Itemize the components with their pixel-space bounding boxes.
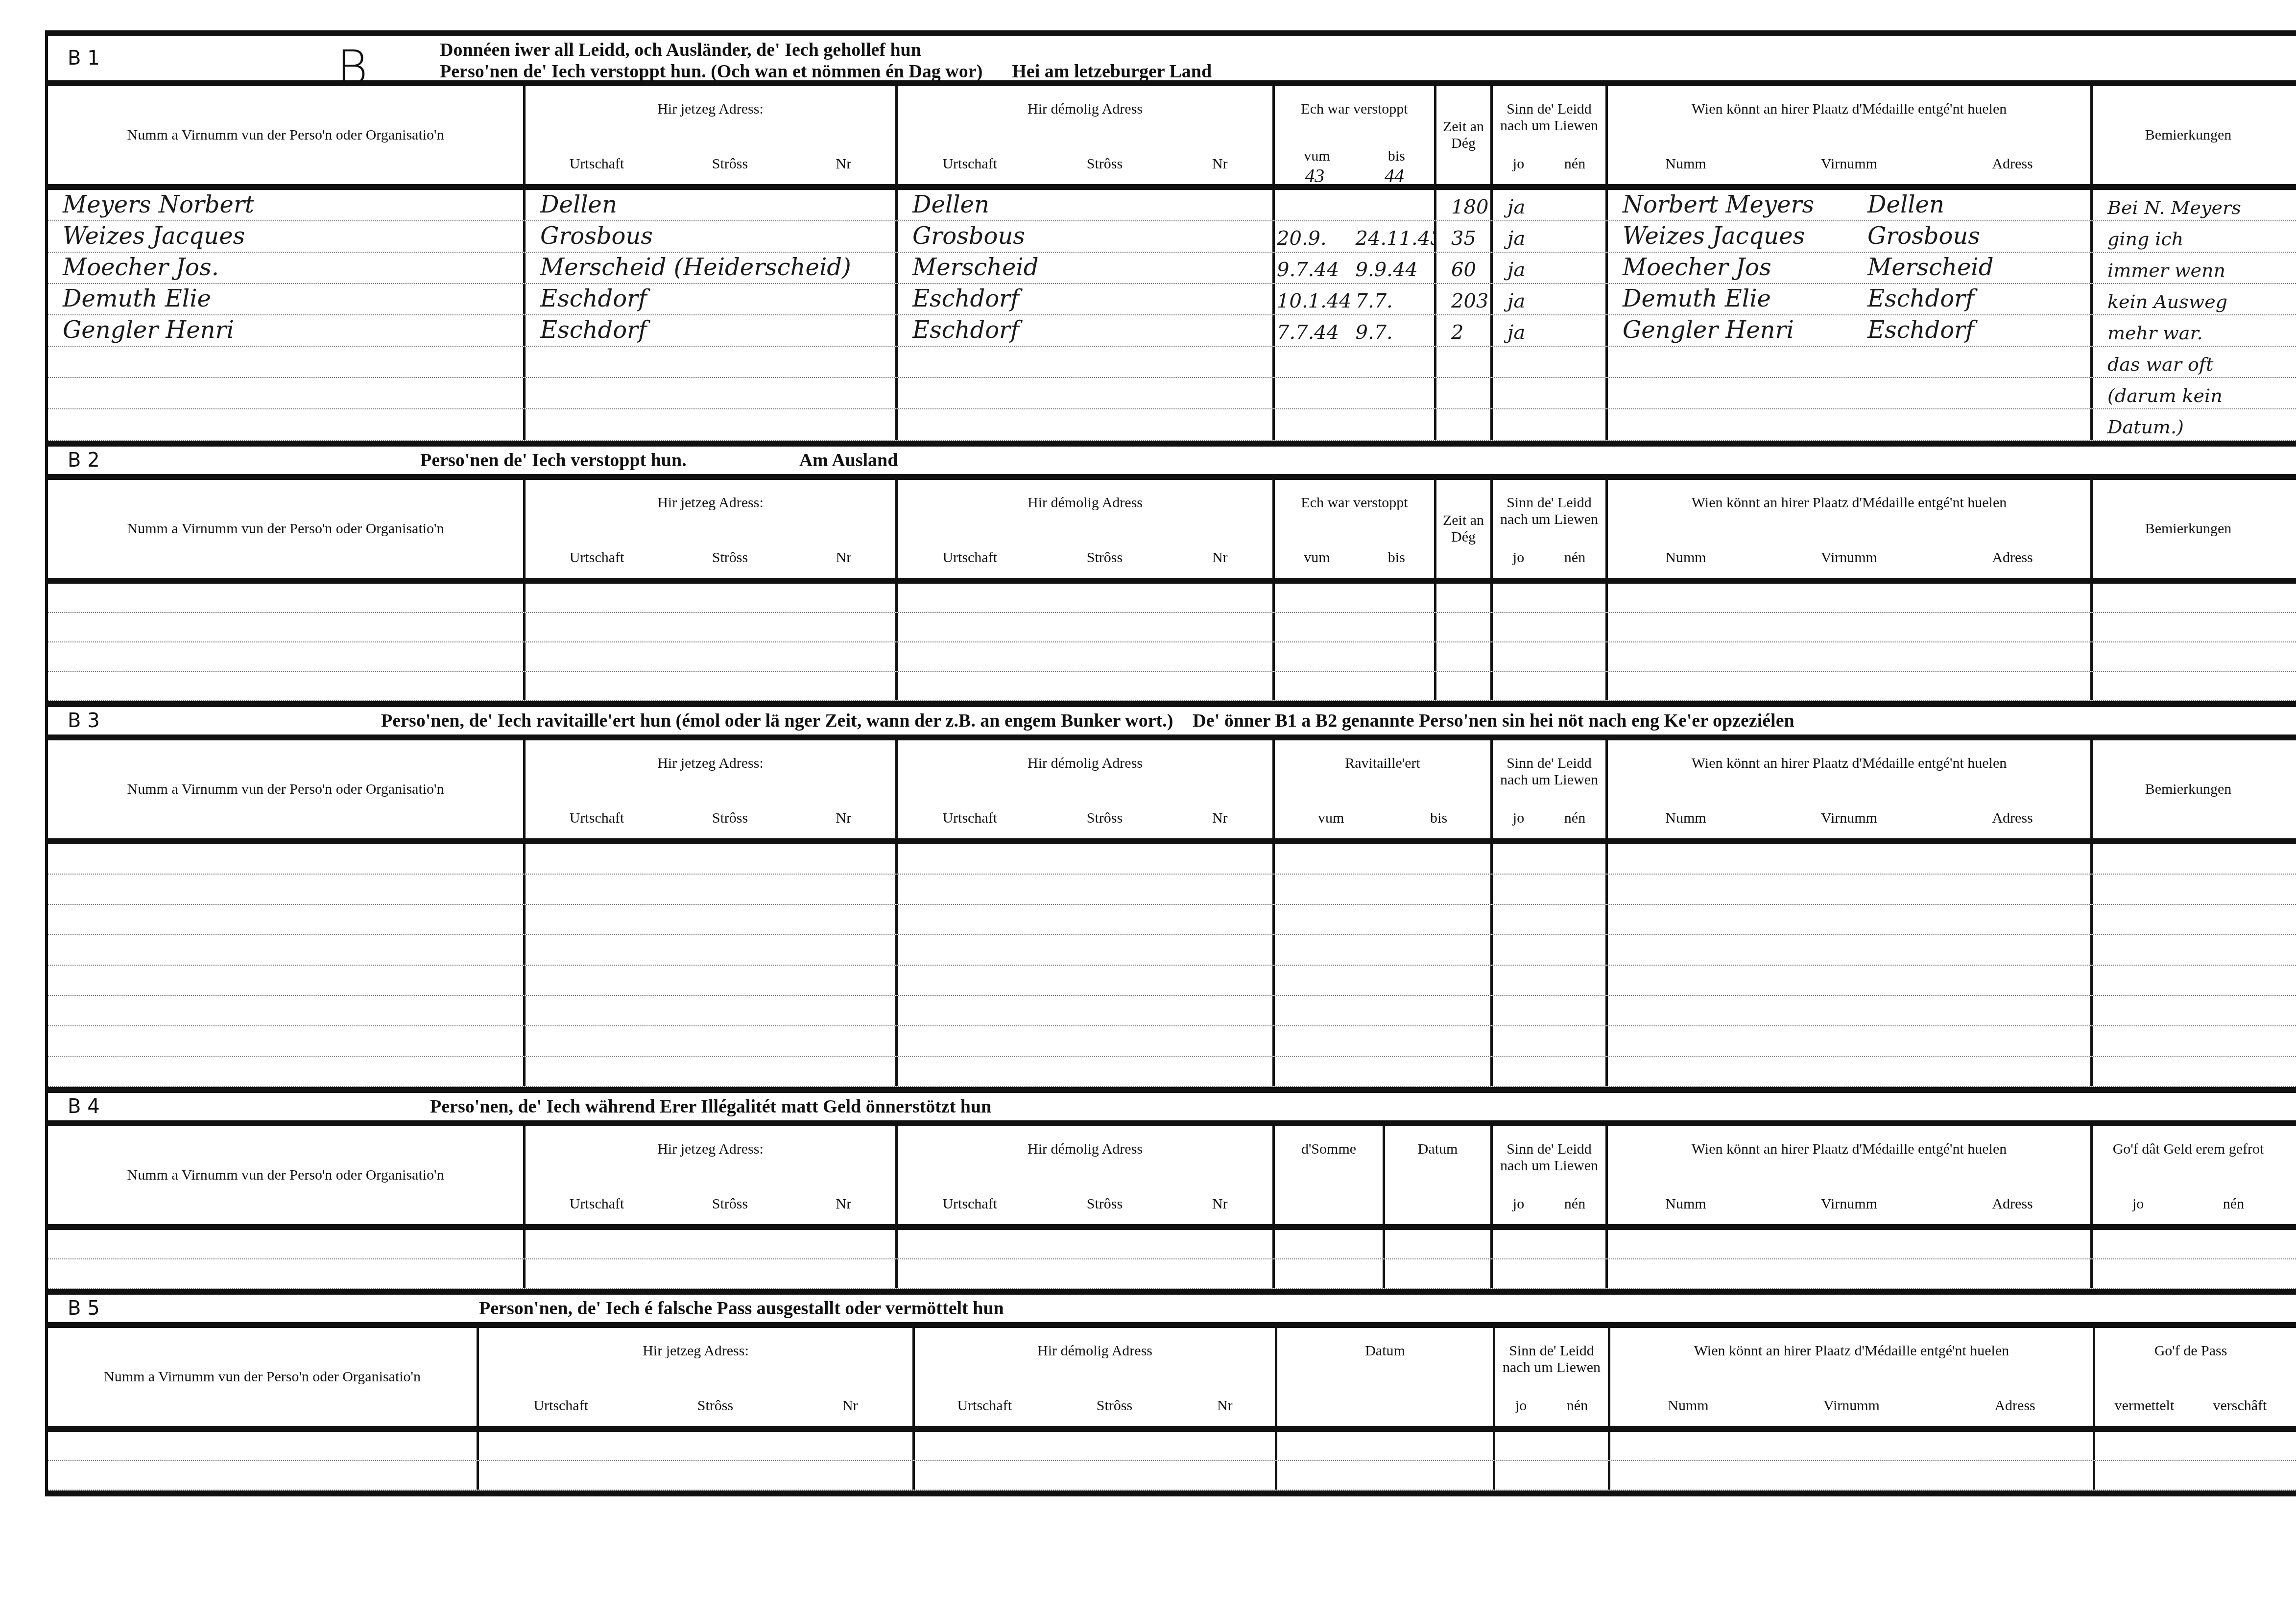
header-saved: Sinn de' Leidd nach um Liewenjonén xyxy=(1493,1126,1608,1224)
header-saved-subheaders: jonén xyxy=(1493,549,1605,566)
row-cell[interactable] xyxy=(1608,642,2093,671)
row-cell[interactable] xyxy=(1608,1259,2093,1288)
row-cell[interactable] xyxy=(1493,875,1608,904)
entry-former-town[interactable]: Dellen xyxy=(898,190,1275,220)
row-cell[interactable] xyxy=(1275,935,1493,965)
table-row xyxy=(48,966,2296,996)
entry-days[interactable]: 203 xyxy=(1436,284,1493,314)
row-cell[interactable] xyxy=(1493,844,1608,874)
row-cell[interactable] xyxy=(1275,875,1493,904)
row-cell[interactable] xyxy=(1275,905,1493,934)
table-row xyxy=(48,613,2296,642)
row-cell[interactable] xyxy=(48,966,526,995)
section-id: B 4 xyxy=(48,1095,195,1118)
title-text: Perso'nen, de' Iech während Erer Illégal… xyxy=(430,1096,991,1117)
table-row xyxy=(48,1432,2296,1461)
entry-name-text: Meyers Norbert xyxy=(63,191,254,218)
row-cell[interactable] xyxy=(48,642,526,671)
entry-alive-text: ja xyxy=(1507,290,1525,312)
header-money-asked-label: Go'f dât Geld erem gefrot xyxy=(2093,1141,2284,1158)
row-cell[interactable] xyxy=(2093,613,2284,641)
header-medal: Wien könnt an hirer Plaatz d'Médaille en… xyxy=(1608,86,2093,184)
entry-alive[interactable]: ja xyxy=(1493,284,1608,314)
subheader: Urtschaft xyxy=(942,156,997,172)
subheader: Nr xyxy=(1217,1398,1233,1414)
entry-medal-address: Grosbous xyxy=(1867,222,1980,250)
row-cell[interactable] xyxy=(1275,584,1436,612)
entry-from[interactable] xyxy=(1275,378,1436,408)
row-cell[interactable] xyxy=(526,1057,898,1086)
entry-former-town[interactable]: Eschdorf xyxy=(898,315,1275,346)
entry-remark[interactable]: Bei N. Meyers xyxy=(2093,190,2284,220)
subheader: jo xyxy=(1513,549,1524,566)
row-cell[interactable] xyxy=(2093,935,2284,965)
entry-current-town[interactable]: Dellen xyxy=(526,190,898,220)
section-title-band: B 1B.Donnéen iwer all Leidd, och Ausländ… xyxy=(48,36,2296,86)
row-cell[interactable] xyxy=(1493,1259,1608,1288)
row-cell[interactable] xyxy=(1436,642,1493,671)
subheader: Urtschaft xyxy=(570,156,624,172)
entry-remark-text: mehr war. xyxy=(2107,322,2203,344)
row-cell[interactable] xyxy=(1608,935,2093,965)
row-cell[interactable] xyxy=(2093,844,2284,874)
subheader: jo xyxy=(2132,1196,2144,1212)
header-name-label: Numm a Virnumm vun der Perso'n oder Orga… xyxy=(48,1369,477,1385)
row-cell[interactable] xyxy=(2093,1259,2284,1288)
entry-medal[interactable]: Demuth ElieEschdorf xyxy=(1608,284,2093,314)
row-cell[interactable] xyxy=(48,1026,526,1056)
header-date: Datum xyxy=(1385,1126,1493,1224)
entry-current-town[interactable]: Merscheid (Heiderscheid) xyxy=(526,253,898,283)
entry-from[interactable] xyxy=(1275,347,1436,377)
entry-medal[interactable]: Norbert MeyersDellen xyxy=(1608,190,2093,220)
entry-alive[interactable] xyxy=(1493,378,1608,408)
row-cell[interactable] xyxy=(2093,996,2284,1025)
row-cell[interactable] xyxy=(526,875,898,904)
row-cell[interactable] xyxy=(1608,996,2093,1025)
row-cell[interactable] xyxy=(48,844,526,874)
header-medal-label: Wien könnt an hirer Plaatz d'Médaille en… xyxy=(1608,1141,2090,1158)
entry-name[interactable] xyxy=(48,378,526,408)
row-cell[interactable] xyxy=(1436,613,1493,641)
row-cell[interactable] xyxy=(1277,1461,1495,1490)
entry-remark[interactable]: kein Ausweg xyxy=(2093,284,2284,314)
table-row: Moecher Jos.Merscheid (Heiderscheid)Mers… xyxy=(48,253,2296,284)
entry-days[interactable]: 60 xyxy=(1436,253,1493,283)
subheader: bis xyxy=(1430,810,1447,827)
row-cell[interactable] xyxy=(898,642,1275,671)
entry-name[interactable]: Gengler Henri xyxy=(48,315,526,346)
row-cell[interactable] xyxy=(1275,642,1436,671)
row-cell[interactable] xyxy=(526,996,898,1025)
row-cell[interactable] xyxy=(1493,672,1608,700)
entry-days[interactable] xyxy=(1436,409,1493,440)
header-saved: Sinn de' Leidd nach um Liewenjonén xyxy=(1495,1328,1610,1426)
subheader: Adress xyxy=(1994,1398,2035,1414)
section-b4: B 4Perso'nen, de' Iech während Erer Illé… xyxy=(48,1087,2296,1289)
entry-to-date: 9.7. xyxy=(1356,321,1435,344)
row-cell[interactable] xyxy=(1495,1432,1610,1460)
entry-alive[interactable]: ja xyxy=(1493,315,1608,346)
entry-former-town[interactable] xyxy=(898,378,1275,408)
entry-medal[interactable] xyxy=(1608,378,2093,408)
entry-name[interactable] xyxy=(48,347,526,377)
row-cell[interactable] xyxy=(1385,1230,1493,1258)
entry-days[interactable]: 2 xyxy=(1436,315,1493,346)
title-text: Person'nen, de' Iech é falsche Pass ausg… xyxy=(479,1298,1004,1319)
row-cell[interactable] xyxy=(526,1259,898,1288)
row-cell[interactable] xyxy=(2095,1432,2286,1460)
entry-current-town[interactable]: Eschdorf xyxy=(526,284,898,314)
header-supplied-period-label: Ravitaille'ert xyxy=(1275,755,1490,772)
entry-name[interactable]: Moecher Jos. xyxy=(48,253,526,283)
header-date: Datum xyxy=(1277,1328,1495,1426)
subheader: Strôss xyxy=(697,1398,733,1414)
subheader: vum xyxy=(1304,549,1330,566)
row-cell[interactable] xyxy=(2093,1057,2284,1086)
row-cell[interactable] xyxy=(1495,1461,1610,1490)
entry-alive[interactable]: ja xyxy=(1493,190,1608,220)
header-remarks-label: Bemierkungen xyxy=(2093,127,2284,143)
entry-remark[interactable]: mehr war. xyxy=(2093,315,2284,346)
header-current-address: Hir jetzeg Adress:UrtschaftStrôssNr xyxy=(526,1126,898,1224)
header-remarks: Bemierkungen xyxy=(2093,86,2284,184)
row-cell[interactable] xyxy=(898,844,1275,874)
row-cell[interactable] xyxy=(2093,584,2284,612)
entry-days[interactable]: 180 xyxy=(1436,190,1493,220)
title-text: Perso'nen de' Iech verstoppt hun. xyxy=(420,450,687,471)
entry-medal-name: Gengler Henri xyxy=(1623,316,1867,344)
entry-name[interactable]: Meyers Norbert xyxy=(48,190,526,220)
entry-former-town[interactable]: Merscheid xyxy=(898,253,1275,283)
entry-medal[interactable]: Moecher JosMerscheid xyxy=(1608,253,2093,283)
row-cell[interactable] xyxy=(1608,672,2093,700)
row-cell[interactable] xyxy=(898,1259,1275,1288)
row-cell[interactable] xyxy=(1608,1057,2093,1086)
row-cell[interactable] xyxy=(48,1259,526,1288)
row-cell[interactable] xyxy=(48,1461,479,1490)
row-cell[interactable] xyxy=(48,584,526,612)
header-former-address-subheaders: UrtschaftStrôssNr xyxy=(898,1196,1272,1212)
subheader: Urtschaft xyxy=(942,810,997,827)
row-cell[interactable] xyxy=(2093,642,2284,671)
entry-alive-text: ja xyxy=(1507,321,1525,344)
subheader: Virnumm xyxy=(1821,810,1877,827)
row-cell[interactable] xyxy=(479,1432,915,1460)
row-cell[interactable] xyxy=(2093,875,2284,904)
row-cell[interactable] xyxy=(1493,905,1608,934)
row-cell[interactable] xyxy=(1275,672,1436,700)
header-name-label: Numm a Virnumm vun der Perso'n oder Orga… xyxy=(48,127,523,143)
row-cell[interactable] xyxy=(898,996,1275,1025)
row-cell[interactable] xyxy=(1493,966,1608,995)
row-cell[interactable] xyxy=(1610,1461,2095,1490)
row-cell[interactable] xyxy=(48,905,526,934)
row-cell[interactable] xyxy=(1275,844,1493,874)
entry-name[interactable] xyxy=(48,409,526,440)
subheader: Adress xyxy=(1992,1196,2033,1212)
entry-alive[interactable] xyxy=(1493,409,1608,440)
entry-medal-name: Moecher Jos xyxy=(1623,254,1867,281)
entry-remark-text: immer wenn xyxy=(2107,260,2225,281)
row-cell[interactable] xyxy=(526,935,898,965)
row-cell[interactable] xyxy=(898,1230,1275,1258)
subheader: Numm xyxy=(1665,156,1706,172)
header-saved-label: Sinn de' Leidd nach um Liewen xyxy=(1493,495,1605,528)
row-cell[interactable] xyxy=(1275,1057,1493,1086)
row-cell[interactable] xyxy=(1275,1230,1385,1258)
entry-alive-text: ja xyxy=(1507,196,1525,218)
row-cell[interactable] xyxy=(48,875,526,904)
header-medal: Wien könnt an hirer Plaatz d'Médaille en… xyxy=(1610,1328,2095,1426)
header-saved: Sinn de' Leidd nach um Liewenjonén xyxy=(1493,480,1608,578)
entry-alive-text: ja xyxy=(1507,227,1525,250)
column-headers: Numm a Virnumm vun der Perso'n oder Orga… xyxy=(48,1126,2296,1224)
row-cell[interactable] xyxy=(1493,642,1608,671)
subheader: Nr xyxy=(1212,549,1228,566)
row-cell[interactable] xyxy=(526,966,898,995)
subheader: nén xyxy=(1564,810,1585,827)
subheader: Nr xyxy=(1212,156,1228,172)
row-cell[interactable] xyxy=(2093,1026,2284,1056)
entry-medal[interactable] xyxy=(1608,409,2093,440)
header-date-label: Datum xyxy=(1277,1343,1493,1359)
entry-days[interactable] xyxy=(1436,347,1493,377)
row-cell[interactable] xyxy=(898,935,1275,965)
entry-to-date: 7.7. xyxy=(1356,290,1435,312)
subheader: Virnumm xyxy=(1821,156,1877,172)
entry-former-town[interactable]: Grosbous xyxy=(898,221,1275,252)
row-cell[interactable] xyxy=(915,1432,1277,1460)
row-cell[interactable] xyxy=(48,672,526,700)
header-current-address-subheaders: UrtschaftStrôssNr xyxy=(526,156,895,172)
entry-current-town[interactable] xyxy=(526,347,898,377)
entry-days[interactable]: 35 xyxy=(1436,221,1493,252)
row-cell[interactable] xyxy=(898,584,1275,612)
entry-alive[interactable]: ja xyxy=(1493,221,1608,252)
entry-days-text: 60 xyxy=(1451,259,1476,281)
header-hidden-period: Ech war verstopptvumbis xyxy=(1275,480,1436,578)
row-cell[interactable] xyxy=(1493,1230,1608,1258)
row-cell[interactable] xyxy=(1493,1026,1608,1056)
row-cell[interactable] xyxy=(48,996,526,1025)
header-former-address-label: Hir démolig Adress xyxy=(898,1141,1272,1158)
row-cell[interactable] xyxy=(1275,1259,1385,1288)
entry-name[interactable]: Weizes Jacques xyxy=(48,221,526,252)
row-cell[interactable] xyxy=(2093,1230,2284,1258)
header-saved-label: Sinn de' Leidd nach um Liewen xyxy=(1493,755,1605,788)
entry-former-town[interactable]: Eschdorf xyxy=(898,284,1275,314)
row-cell[interactable] xyxy=(1385,1259,1493,1288)
subheader: jo xyxy=(1513,1196,1524,1212)
entry-from[interactable] xyxy=(1275,409,1436,440)
row-cell[interactable] xyxy=(898,1026,1275,1056)
subheader: Nr xyxy=(836,1196,852,1212)
subheader: bis xyxy=(1388,148,1405,165)
row-cell[interactable] xyxy=(1608,844,2093,874)
row-cell[interactable] xyxy=(898,875,1275,904)
entry-current-town-text: Eschdorf xyxy=(540,316,647,344)
section-title: Donnéen iwer all Leidd, och Ausländer, d… xyxy=(440,39,1212,82)
row-cell[interactable] xyxy=(526,1230,898,1258)
row-cell[interactable] xyxy=(1493,996,1608,1025)
row-cell[interactable] xyxy=(526,584,898,612)
header-medal-label: Wien könnt an hirer Plaatz d'Médaille en… xyxy=(1610,1343,2093,1359)
row-cell[interactable] xyxy=(2093,905,2284,934)
entry-alive[interactable]: ja xyxy=(1493,253,1608,283)
row-cell[interactable] xyxy=(526,613,898,641)
row-cell[interactable] xyxy=(1493,584,1608,612)
entry-remark-text: (darum kein xyxy=(2107,385,2223,406)
subheader: Urtschaft xyxy=(570,810,624,827)
table-row xyxy=(48,1259,2296,1289)
header-former-address: Hir démolig AdressUrtschaftStrôssNr xyxy=(898,480,1275,578)
row-cell[interactable] xyxy=(48,1230,526,1258)
subheader: Virnumm xyxy=(1821,549,1877,566)
entry-current-town[interactable]: Eschdorf xyxy=(526,315,898,346)
subheader: bis xyxy=(1388,549,1405,566)
table-row: Meyers NorbertDellenDellen180jaNorbert M… xyxy=(48,190,2296,221)
header-medal-subheaders: NummVirnummAdress xyxy=(1608,810,2090,827)
header-saved-label: Sinn de' Leidd nach um Liewen xyxy=(1495,1343,1608,1376)
header-saved-subheaders: jonén xyxy=(1493,156,1605,172)
header-medal-subheaders: NummVirnummAdress xyxy=(1608,549,2090,566)
row-cell[interactable] xyxy=(898,1057,1275,1086)
entry-from[interactable] xyxy=(1275,190,1436,220)
header-current-address-label: Hir jetzeg Adress: xyxy=(526,755,895,772)
row-cell[interactable] xyxy=(898,613,1275,641)
row-cell[interactable] xyxy=(1436,672,1493,700)
entry-remark[interactable]: immer wenn xyxy=(2093,253,2284,283)
subheader: Strôss xyxy=(712,549,748,566)
entry-remark[interactable]: Datum.) xyxy=(2093,409,2284,440)
row-cell[interactable] xyxy=(1608,875,2093,904)
row-cell[interactable] xyxy=(48,935,526,965)
subheader: Numm xyxy=(1668,1398,1708,1414)
entry-rows xyxy=(48,578,2296,701)
entry-from[interactable]: 20.9.24.11.43 xyxy=(1275,221,1436,252)
subheader: Adress xyxy=(1992,156,2033,172)
row-cell[interactable] xyxy=(526,905,898,934)
header-medal-label: Wien könnt an hirer Plaatz d'Médaille en… xyxy=(1608,755,2090,772)
entry-former-town[interactable] xyxy=(898,347,1275,377)
entry-remark[interactable]: das war oft xyxy=(2093,347,2284,377)
entry-from[interactable]: 10.1.447.7. xyxy=(1275,284,1436,314)
entry-remark-text: ging ich xyxy=(2107,228,2183,250)
row-cell[interactable] xyxy=(1608,584,2093,612)
section-b2: B 2Perso'nen de' Iech verstoppt hun.Am A… xyxy=(48,441,2296,701)
row-cell[interactable] xyxy=(1275,613,1436,641)
entry-current-town[interactable] xyxy=(526,409,898,440)
section-b1: B 1B.Donnéen iwer all Leidd, och Ausländ… xyxy=(48,30,2296,441)
entry-from[interactable]: 7.7.449.7. xyxy=(1275,315,1436,346)
header-days: Zeit an Dég xyxy=(1436,86,1493,184)
entry-remark[interactable]: (darum kein xyxy=(2093,378,2284,408)
row-cell[interactable] xyxy=(1275,996,1493,1025)
header-current-address-label: Hir jetzeg Adress: xyxy=(479,1343,912,1359)
row-cell[interactable] xyxy=(526,642,898,671)
section-b5: B 5Person'nen, de' Iech é falsche Pass a… xyxy=(48,1289,2296,1496)
header-former-address-subheaders: UrtschaftStrôssNr xyxy=(915,1398,1275,1414)
subheader: Strôss xyxy=(1087,1196,1123,1212)
row-cell[interactable] xyxy=(898,966,1275,995)
section-id: B 3 xyxy=(48,710,195,732)
header-current-address-subheaders: UrtschaftStrôssNr xyxy=(526,549,895,566)
entry-days[interactable] xyxy=(1436,378,1493,408)
header-hidden-period-subheaders: vumbis xyxy=(1275,148,1434,165)
entry-name[interactable]: Demuth Elie xyxy=(48,284,526,314)
header-current-address-label: Hir jetzeg Adress: xyxy=(526,1141,895,1158)
entry-medal-address: Dellen xyxy=(1867,191,1944,218)
entry-current-town[interactable]: Grosbous xyxy=(526,221,898,252)
subheader: Strôss xyxy=(1087,156,1123,172)
entry-medal[interactable]: Weizes JacquesGrosbous xyxy=(1608,221,2093,252)
section-title: Perso'nen de' Iech verstoppt hun.Am Ausl… xyxy=(420,450,898,471)
header-hidden-period-subheaders: vumbis xyxy=(1275,549,1434,566)
subheader: Urtschaft xyxy=(570,1196,624,1212)
row-cell[interactable] xyxy=(526,672,898,700)
row-cell[interactable] xyxy=(1608,1026,2093,1056)
entry-former-town[interactable] xyxy=(898,409,1275,440)
title-line-2: Perso'nen de' Iech verstoppt hun. (Och w… xyxy=(440,61,982,82)
entry-from[interactable]: 9.7.449.9.44 xyxy=(1275,253,1436,283)
row-cell[interactable] xyxy=(915,1461,1277,1490)
row-cell[interactable] xyxy=(48,1057,526,1086)
row-cell[interactable] xyxy=(1275,966,1493,995)
row-cell[interactable] xyxy=(526,1026,898,1056)
row-cell[interactable] xyxy=(48,1432,479,1460)
header-days-label: Zeit an Dég xyxy=(1436,512,1490,545)
subheader: Urtschaft xyxy=(942,549,997,566)
row-cell[interactable] xyxy=(1493,613,1608,641)
subheader: nén xyxy=(1567,1398,1588,1414)
entry-medal[interactable]: Gengler HenriEschdorf xyxy=(1608,315,2093,346)
row-cell[interactable] xyxy=(1436,584,1493,612)
entry-alive[interactable] xyxy=(1493,347,1608,377)
row-cell[interactable] xyxy=(1493,935,1608,965)
entry-current-town-text: Merscheid (Heiderscheid) xyxy=(540,254,851,281)
row-cell[interactable] xyxy=(1608,905,2093,934)
row-cell[interactable] xyxy=(479,1461,915,1490)
subheader: nén xyxy=(2223,1196,2244,1212)
row-cell[interactable] xyxy=(1608,1230,2093,1258)
row-cell[interactable] xyxy=(1493,1057,1608,1086)
section-title: Perso'nen, de' Iech während Erer Illégal… xyxy=(430,1096,991,1117)
header-passport-label: Go'f de Pass xyxy=(2095,1343,2286,1359)
entry-current-town[interactable] xyxy=(526,378,898,408)
row-cell[interactable] xyxy=(1275,1026,1493,1056)
entry-medal[interactable] xyxy=(1608,347,2093,377)
row-cell[interactable] xyxy=(2093,672,2284,700)
row-cell[interactable] xyxy=(1608,966,2093,995)
row-cell[interactable] xyxy=(1608,613,2093,641)
row-cell[interactable] xyxy=(48,613,526,641)
row-cell[interactable] xyxy=(526,844,898,874)
row-cell[interactable] xyxy=(1610,1432,2095,1460)
entry-remark[interactable]: ging ich xyxy=(2093,221,2284,252)
row-cell[interactable] xyxy=(2093,966,2284,995)
table-row: das war oft xyxy=(48,347,2296,378)
header-remarks-label: Bemierkungen xyxy=(2093,781,2284,798)
row-cell[interactable] xyxy=(898,905,1275,934)
row-cell[interactable] xyxy=(898,672,1275,700)
row-cell[interactable] xyxy=(2095,1461,2286,1490)
row-cell[interactable] xyxy=(1277,1432,1495,1460)
header-current-address-subheaders: UrtschaftStrôssNr xyxy=(479,1398,912,1414)
header-medal: Wien könnt an hirer Plaatz d'Médaille en… xyxy=(1608,1126,2093,1224)
header-medal-subheaders: NummVirnummAdress xyxy=(1610,1398,2093,1414)
entry-former-town-text: Grosbous xyxy=(912,222,1025,250)
